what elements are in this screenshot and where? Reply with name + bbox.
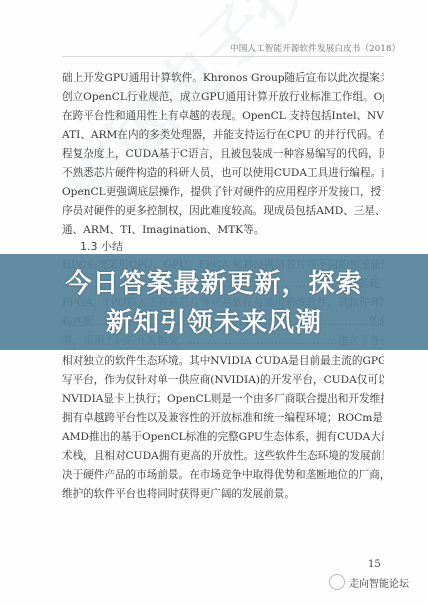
text-line: AMD推出的基于OpenCL标准的完整GPU生态体系，拥有CUDA大部分技 <box>62 428 384 447</box>
text-line: 相对独立的软件生态环境。其中NVIDIA CUDA是目前最主流的GPGPU编 <box>62 352 384 371</box>
page-number: 15 <box>368 559 381 570</box>
text-line: ATI、ARM在内的多类处理器，并能支持运行在CPU 的并行代码。在编 <box>62 126 384 145</box>
text-line: 础上开发GPU通用计算软件。Khronos Group随后宣布以此次提案为基础 <box>62 69 384 88</box>
running-header: 中国人工智能开源软件发展白皮书（2018） <box>230 42 380 54</box>
text-line: NVIDIA显卡上执行；OpenCL则是一个由多厂商联合提出和开发维护， <box>62 390 384 409</box>
text-line: 术栈，且相对CUDA拥有更高的开放性。这些软件生态环境的发展前景取 <box>62 447 384 466</box>
text-line: 程复杂度上，CUDA基于C语言，且被包装成一种容易编写的代码，因此 <box>62 145 384 164</box>
text-line: 写平台，作为仅针对单一供应商(NVIDIA)的开发平台，CUDA仅可以在 <box>62 371 384 390</box>
text-line: 拥有卓越跨平台性以及兼容性的开放标准和统一编程环境；ROCm是由 <box>62 409 384 428</box>
paragraph-2: 相对独立的软件生态环境。其中NVIDIA CUDA是目前最主流的GPGPU编 写… <box>62 352 384 504</box>
header-divider <box>62 56 384 57</box>
text-line: 在跨平台性和通用性上有卓越的表现。OpenCL 支持包括Intel、NVIDIA… <box>62 107 384 126</box>
document-page: 中国电子技术标准化研究院 中国人工智能开源软件发展白皮书（2018） 础上开发G… <box>0 0 428 605</box>
source-badge: 走向智能论坛 <box>329 574 409 590</box>
text-line: 决于硬件产品的市场前景。在市场竞争中取得优势和垄断地位的厂商，其 <box>62 466 384 485</box>
banner-headline-line-2: 新知引领未来风潮 <box>0 302 428 339</box>
text-line: 不熟悉芯片硬件构造的科研人员，也可以使用CUDA工具进行编程。而 <box>62 164 384 183</box>
text-line: 创立OpenCL行业规范，成立GPU通用计算开放行业标准工作组。OpenCL <box>62 88 384 107</box>
wechat-logo-icon <box>329 574 345 590</box>
text-line: 维护的软件平台也将同时获得更广阔的发展前景。 <box>62 485 384 504</box>
section-heading: 1.3 小结 <box>80 238 123 254</box>
paragraph-1: 础上开发GPU通用计算软件。Khronos Group随后宣布以此次提案为基础 … <box>62 69 384 240</box>
source-label: 走向智能论坛 <box>349 575 409 590</box>
banner-headline-line-1: 今日答案最新更新，探索 <box>0 263 428 300</box>
text-line: 序员对硬件的更多控制权，因此难度较高。现成员包括AMD、三星、高 <box>62 202 384 221</box>
text-line: OpenCL更强调底层操作，提供了针对硬件的应用程序开发接口，授予程 <box>62 183 384 202</box>
